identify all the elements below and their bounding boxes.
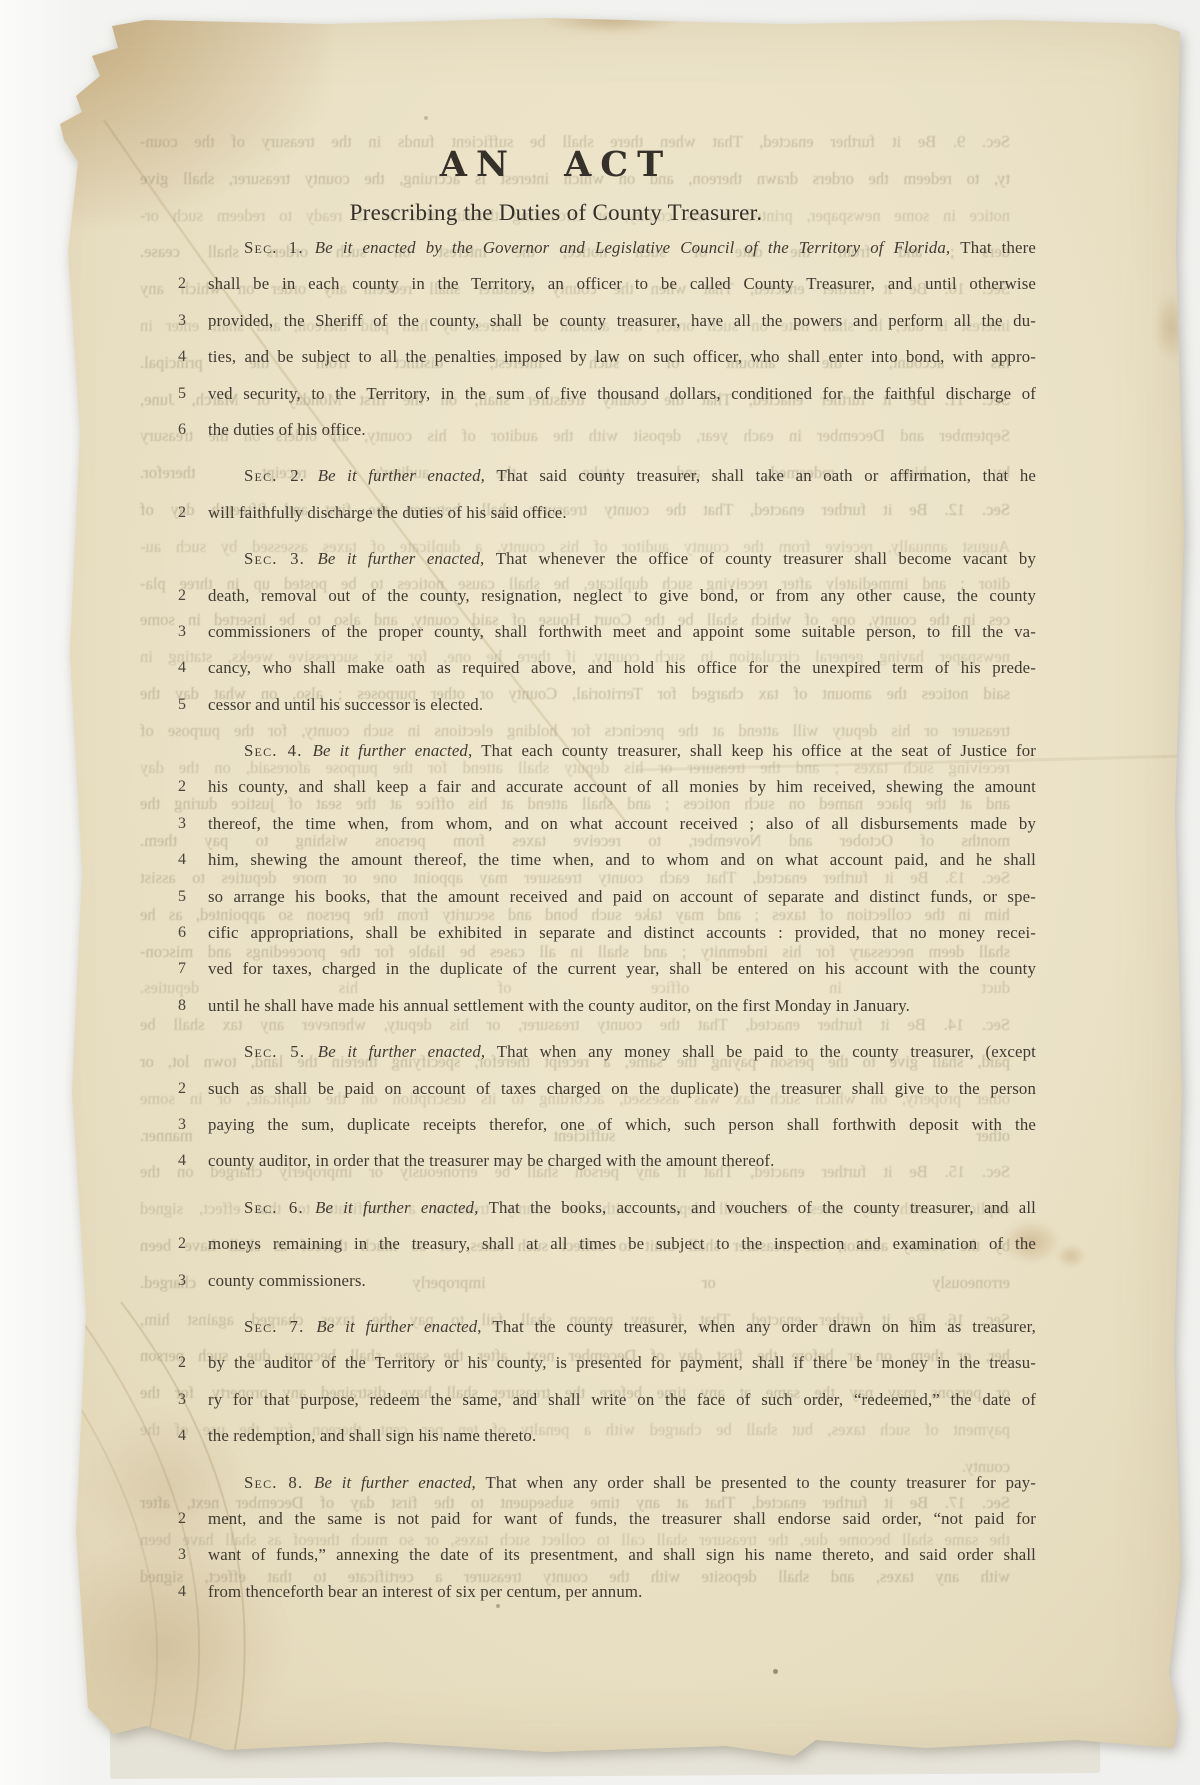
act-line: 4him, shewing the amount thereof, the ti… [178, 842, 1036, 878]
line-text: commissioners of the proper county, shal… [208, 622, 1036, 641]
line-text: provided, the Sheriff of the county, sha… [208, 311, 1036, 330]
line-text: That whenever the office of county treas… [496, 549, 1036, 568]
line-text: ved security, to the Territory, in the s… [208, 384, 1036, 403]
act-line: 2such as shall be paid on account of tax… [178, 1071, 1036, 1107]
act-line: 6the duties of his office. [178, 412, 1036, 448]
act-line: 2ment, and the same is not paid for want… [178, 1501, 1036, 1537]
act-section: Sec. 4. Be it further enacted, That each… [178, 733, 1036, 1024]
act-title: AN ACT [176, 144, 936, 185]
line-text: ved for taxes, charged in the duplicate … [208, 959, 1036, 978]
line-text: thereof, the time when, from whom, and o… [208, 814, 1036, 833]
line-number: 4 [178, 842, 204, 878]
line-number: 2 [178, 769, 204, 805]
line-number: 4 [178, 650, 204, 686]
paper-sheet: Sec. 9. Be it further enacted, That when… [26, 12, 1186, 1760]
act-line: Sec. 7. Be it further enacted, That the … [178, 1309, 1036, 1345]
section-label: Sec. 2. [244, 466, 318, 485]
line-text: That the books, accounts, and vouchers o… [489, 1198, 1036, 1217]
act-line: 2by the auditor of the Territory or his … [178, 1345, 1036, 1381]
act-line: 5so arrange his books, that the amount r… [178, 879, 1036, 915]
line-number: 2 [178, 578, 204, 614]
line-number: 3 [178, 1382, 204, 1418]
act-line: 4county auditor, in order that the treas… [178, 1143, 1036, 1179]
section-label: Sec. 5. [244, 1042, 318, 1061]
line-number: 5 [178, 687, 204, 723]
act-section: Sec. 3. Be it further enacted, That when… [178, 541, 1036, 723]
line-number: 2 [178, 1345, 204, 1381]
line-text: his county, and shall keep a fair and ac… [208, 777, 1036, 796]
line-text: cessor and until his successor is electe… [208, 695, 483, 714]
enacting-clause: Be it further enacted, [317, 549, 495, 568]
act-line: Sec. 2. Be it further enacted, That said… [178, 458, 1036, 494]
act-line: 4cancy, who shall make oath as required … [178, 650, 1036, 686]
act-line: 3county commissioners. [178, 1263, 1036, 1299]
line-text: want of funds,” annexing the date of its… [208, 1545, 1036, 1564]
line-number: 3 [178, 614, 204, 650]
enacting-clause: Be it further enacted, [318, 466, 497, 485]
line-number: 6 [178, 915, 204, 951]
line-number: 2 [178, 495, 204, 531]
act-line: Sec. 4. Be it further enacted, That each… [178, 733, 1036, 769]
act-line: 6cific appropriations, shall be exhibite… [178, 915, 1036, 951]
act-section: Sec. 5. Be it further enacted, That when… [178, 1034, 1036, 1180]
act-line: Sec. 3. Be it further enacted, That when… [178, 541, 1036, 577]
line-number: 2 [178, 266, 204, 302]
speck [773, 1669, 778, 1674]
act-section: Sec. 8. Be it further enacted, That when… [178, 1465, 1036, 1611]
act-section: Sec. 7. Be it further enacted, That the … [178, 1309, 1036, 1455]
enacting-clause: Be it further enacted, [316, 1317, 492, 1336]
enacting-clause: Be it further enacted, [315, 1198, 489, 1217]
section-label: Sec. 8. [244, 1473, 314, 1492]
act-line: 3provided, the Sheriff of the county, sh… [178, 303, 1036, 339]
line-text: That the county treasurer, when any orde… [492, 1317, 1036, 1336]
line-number: 3 [178, 806, 204, 842]
line-text: county auditor, in order that the treasu… [208, 1151, 774, 1170]
line-number: 3 [178, 1537, 204, 1573]
act-line: 4the redemption, and shall sign his name… [178, 1418, 1036, 1454]
act-line: 2death, removal out of the county, resig… [178, 578, 1036, 614]
line-text: until he shall have made his annual sett… [208, 996, 910, 1015]
line-number: 2 [178, 1071, 204, 1107]
line-number: 4 [178, 1143, 204, 1179]
line-text: That when any money shall be paid to the… [497, 1042, 1036, 1061]
act-line: 5ved security, to the Territory, in the … [178, 376, 1036, 412]
act-body: Sec. 1. Be it enacted by the Governor an… [178, 230, 1036, 1620]
line-text: That when any order shall be presented t… [486, 1473, 1036, 1492]
line-number: 7 [178, 951, 204, 987]
act-line: 2shall be in each county in the Territor… [178, 266, 1036, 302]
act-line: 2his county, and shall keep a fair and a… [178, 769, 1036, 805]
line-text: him, shewing the amount thereof, the tim… [208, 850, 1036, 869]
act-line: 3want of funds,” annexing the date of it… [178, 1537, 1036, 1573]
line-text: such as shall be paid on account of taxe… [208, 1079, 1036, 1098]
line-number: 4 [178, 1418, 204, 1454]
line-number: 5 [178, 376, 204, 412]
line-text: so arrange his books, that the amount re… [208, 887, 1036, 906]
line-number: 2 [178, 1226, 204, 1262]
line-number: 8 [178, 988, 204, 1024]
section-label: Sec. 6. [244, 1198, 315, 1217]
act-line: Sec. 1. Be it enacted by the Governor an… [178, 230, 1036, 266]
line-text: ment, and the same is not paid for want … [208, 1509, 1036, 1528]
act-line: 5cessor and until his successor is elect… [178, 687, 1036, 723]
line-number: 3 [178, 303, 204, 339]
line-text: from thenceforth bear an interest of six… [208, 1582, 642, 1601]
act-line: 7ved for taxes, charged in the duplicate… [178, 951, 1036, 987]
act-line: 4from thenceforth bear an interest of si… [178, 1574, 1036, 1610]
act-line: 3commissioners of the proper county, sha… [178, 614, 1036, 650]
paper-wrap: Sec. 9. Be it further enacted, That when… [0, 0, 1200, 1785]
act-line: 3paying the sum, duplicate receipts ther… [178, 1107, 1036, 1143]
line-text: by the auditor of the Territory or his c… [208, 1353, 1036, 1372]
enacting-clause: Be it further enacted, [313, 741, 482, 760]
act-line: Sec. 5. Be it further enacted, That when… [178, 1034, 1036, 1070]
act-line: 3thereof, the time when, from whom, and … [178, 806, 1036, 842]
section-label: Sec. 7. [244, 1317, 316, 1336]
line-number: 4 [178, 1574, 204, 1610]
line-text: the duties of his office. [208, 420, 366, 439]
section-label: Sec. 3. [244, 549, 317, 568]
line-number: 5 [178, 879, 204, 915]
act-line: 8until he shall have made his annual set… [178, 988, 1036, 1024]
act-line: Sec. 6. Be it further enacted, That the … [178, 1190, 1036, 1226]
act-line: 4ties, and be subject to all the penalti… [178, 339, 1036, 375]
enacting-clause: Be it enacted by the Governor and Legisl… [315, 238, 961, 257]
stain-spot [1056, 1244, 1086, 1268]
line-number: 2 [178, 1501, 204, 1537]
line-text: ties, and be subject to all the penaltie… [208, 347, 1036, 366]
stain-spot [1154, 292, 1188, 362]
line-text: cific appropriations, shall be exhibited… [208, 923, 1036, 942]
act-line: 3ry for that purpose, redeem the same, a… [178, 1382, 1036, 1418]
line-text: the redemption, and shall sign his name … [208, 1426, 536, 1445]
line-text: cancy, who shall make oath as required a… [208, 658, 1036, 677]
act-section: Sec. 1. Be it enacted by the Governor an… [178, 230, 1036, 448]
line-text: moneys remaining in the treasury, shall … [208, 1234, 1036, 1253]
document-header: AN ACT Prescribing the Duties of County … [176, 144, 936, 226]
line-number: 6 [178, 412, 204, 448]
line-text: death, removal out of the county, resign… [208, 586, 1036, 605]
line-text: That said county treasurer, shall take a… [496, 466, 1036, 485]
line-number: 3 [178, 1107, 204, 1143]
top-edge-stain [541, 4, 681, 34]
line-text: will faithfully discharge the duties of … [208, 503, 567, 522]
act-section: Sec. 6. Be it further enacted, That the … [178, 1190, 1036, 1299]
line-text: shall be in each county in the Territory… [208, 274, 1036, 293]
section-label: Sec. 4. [244, 741, 313, 760]
speck [424, 116, 428, 120]
enacting-clause: Be it further enacted, [318, 1042, 497, 1061]
line-number: 4 [178, 339, 204, 375]
section-label: Sec. 1. [244, 238, 315, 257]
scanned-document-page: Sec. 9. Be it further enacted, That when… [0, 0, 1200, 1785]
line-text: ry for that purpose, redeem the same, an… [208, 1390, 1036, 1409]
act-line: Sec. 8. Be it further enacted, That when… [178, 1465, 1036, 1501]
line-text: paying the sum, duplicate receipts there… [208, 1115, 1036, 1134]
act-subtitle: Prescribing the Duties of County Treasur… [176, 200, 936, 226]
act-section: Sec. 2. Be it further enacted, That said… [178, 458, 1036, 531]
line-text: county commissioners. [208, 1271, 366, 1290]
line-text: That there [960, 238, 1036, 257]
line-text: That each county treasurer, shall keep h… [481, 741, 1036, 760]
enacting-clause: Be it further enacted, [314, 1473, 485, 1492]
line-number: 3 [178, 1263, 204, 1299]
act-line: 2moneys remaining in the treasury, shall… [178, 1226, 1036, 1262]
act-line: 2will faithfully discharge the duties of… [178, 495, 1036, 531]
